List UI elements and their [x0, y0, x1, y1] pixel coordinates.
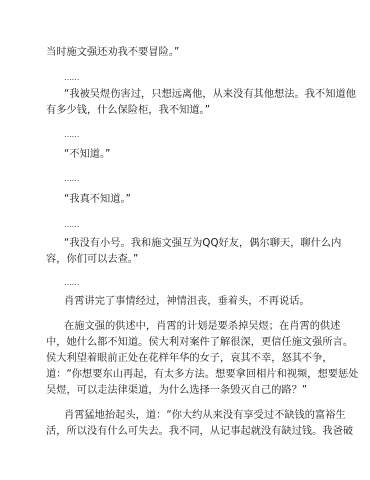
- text-line: 活，所以没有什么可失去。我不同，从记事起就没有缺过钱。我爸破: [46, 425, 336, 438]
- text-line: 道：“你想要东山再起，有太多方法。想要拿回相片和视频，想要惩处: [46, 368, 336, 381]
- text-line: 侯大利望着眼前正处在花样年华的女子，哀其不幸，怒其不争，: [46, 352, 336, 365]
- text-line: 吴煜，可以走法律渠道，为什么选择一条毁灭自己的路？”: [46, 384, 336, 397]
- text-line: “我真不知道。”: [64, 193, 336, 206]
- text-line: “我被吴煜伤害过，只想远离他，从来没有其他想法。我不知道他: [64, 88, 336, 101]
- ellipsis-separator: ……: [64, 218, 354, 231]
- ellipsis-separator: ……: [64, 276, 354, 289]
- ellipsis-separator: ……: [64, 71, 354, 84]
- text-line: 容，你们可以去查。”: [46, 253, 336, 266]
- text-line: 中，她什么都不知道。侯大利对案件了解很深，更信任施文强所言。: [46, 336, 336, 349]
- text-line: 有多少钱，什么保险柜，我不知道。”: [46, 104, 336, 117]
- text-line: 肖霄猛地抬起头，道：“你大约从来没有享受过不缺钱的富裕生: [64, 409, 336, 422]
- document-page: 当时施文强还劝我不要冒险。” …… “我被吴煜伤害过，只想远离他，从来没有其他想…: [0, 0, 370, 480]
- text-line: 当时施文强还劝我不要冒险。”: [46, 46, 336, 59]
- text-line: 肖霄讲完了事情经过，神情沮丧，垂着头，不再说话。: [64, 295, 336, 308]
- ellipsis-separator: ……: [64, 128, 354, 141]
- text-line: “我没有小号。我和施文强互为QQ好友，偶尔聊天，聊什么内: [64, 237, 336, 250]
- ellipsis-separator: ……: [64, 172, 354, 185]
- text-line: 在施文强的供述中，肖霄的计划是要杀掉吴煜；在肖霄的供述: [64, 320, 336, 333]
- text-line: “不知道。”: [64, 148, 336, 161]
